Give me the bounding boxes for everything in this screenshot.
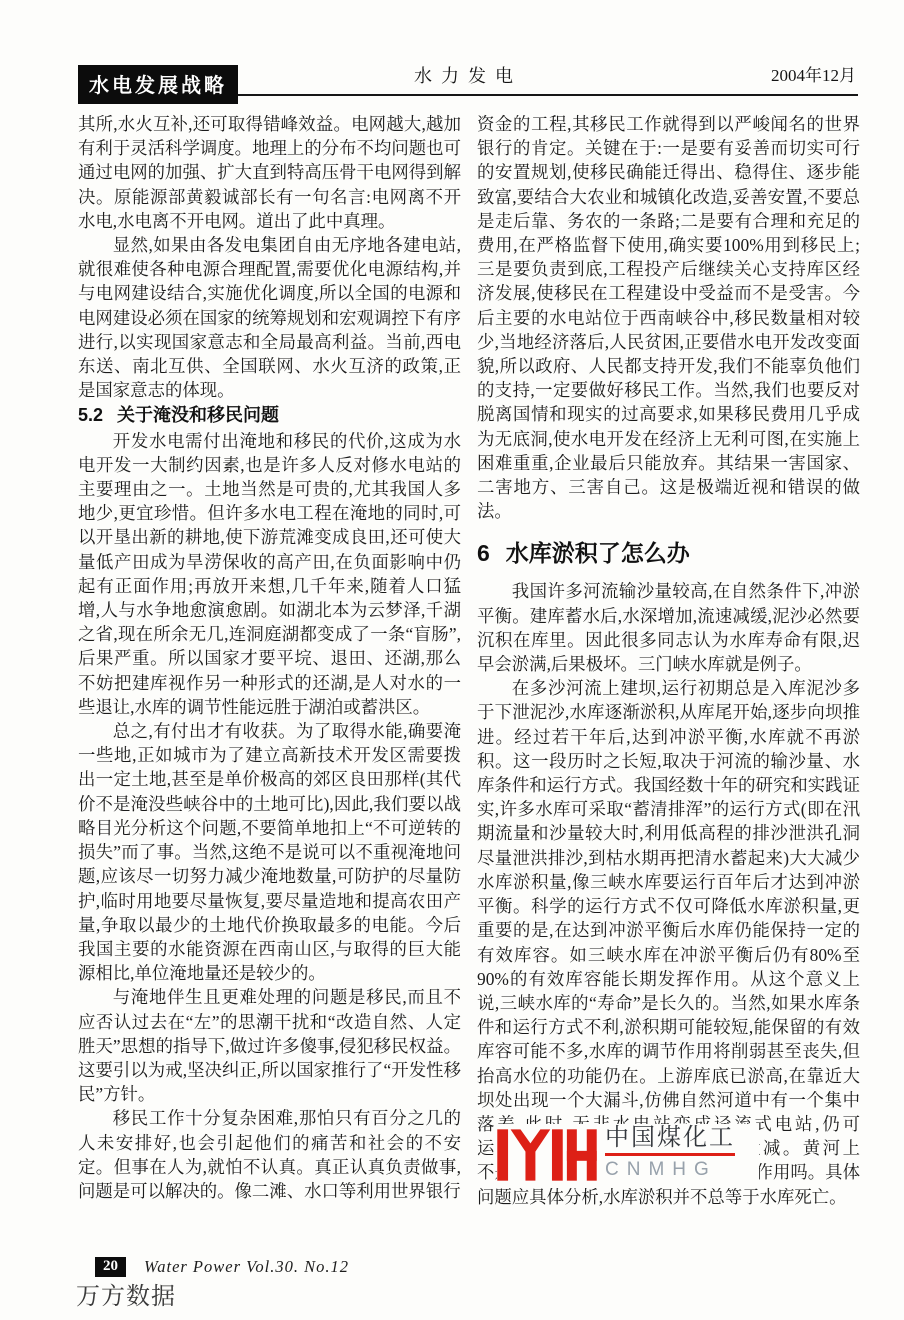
section-number: 6 xyxy=(477,540,490,566)
paragraph: 总之,有付出才有收获。为了取得水能,确要淹一些地,正如城市为了建立高新技术开发区… xyxy=(78,719,461,985)
paragraph: 显然,如果由各发电集团自由无序地各建电站,就很难使各种电源合理配置,需要优化电源… xyxy=(78,233,461,402)
journal-citation: Water Power Vol.30. No.12 xyxy=(144,1257,349,1276)
left-column: 其所,水火互补,还可取得错峰效益。电网越大,越加有利于灵活科学调度。地理上的分布… xyxy=(78,112,461,1209)
watermark-abbr: CNMHG xyxy=(605,1158,735,1182)
section-number: 5.2 xyxy=(78,405,103,425)
article-body: 其所,水火互补,还可取得错峰效益。电网越大,越加有利于灵活科学调度。地理上的分布… xyxy=(78,112,860,1209)
section-heading-6: 6水库淤积了怎么办 xyxy=(477,538,860,568)
right-column: 资金的工程,其移民工作就得到以严峻闻名的世界银行的肯定。关键在于:一是要有妥善而… xyxy=(477,112,860,1209)
issue-date: 2004年12月 xyxy=(771,61,856,86)
paragraph: 我国许多河流输沙量较高,在自然条件下,冲淤平衡。建库蓄水后,水深增加,流速减缓,… xyxy=(477,579,860,676)
page-header: 水电发展战略 水力发电 2004年12月 xyxy=(78,56,858,104)
china-coal-watermark: 中国煤化工 CNMHG xyxy=(497,1124,759,1188)
paragraph: 移民工作十分复杂困难,那怕只有百分之几的人未安排好,也会引起他们的痛苦和社会的不… xyxy=(78,1106,461,1203)
section-heading-5-2: 5.2关于淹没和移民问题 xyxy=(78,403,461,427)
wanfang-watermark: 万方数据 xyxy=(76,1276,176,1311)
page-number-badge: 20 xyxy=(95,1257,126,1277)
paragraph: 资金的工程,其移民工作就得到以严峻闻名的世界银行的肯定。关键在于:一是要有妥善而… xyxy=(477,112,860,523)
paragraph: 其所,水火互补,还可取得错峰效益。电网越大,越加有利于灵活科学调度。地理上的分布… xyxy=(78,112,461,233)
china-coal-logo-icon xyxy=(497,1126,597,1184)
section-title: 水库淤积了怎么办 xyxy=(506,540,690,566)
column-label-badge: 水电发展战略 xyxy=(78,65,238,104)
scanned-journal-page: 水电发展战略 水力发电 2004年12月 其所,水火互补,还可取得错峰效益。电网… xyxy=(0,0,904,1320)
journal-title: 水力发电 xyxy=(414,62,522,88)
watermark-brand: 中国煤化工 xyxy=(605,1124,735,1156)
section-title: 关于淹没和移民问题 xyxy=(117,405,279,425)
paragraph: 开发水电需付出淹地和移民的代价,这成为水电开发一大制约因素,也是许多人反对修水电… xyxy=(78,429,461,719)
watermark-text: 中国煤化工 CNMHG xyxy=(605,1124,735,1182)
paragraph: 与淹地伴生且更难处理的问题是移民,而且不应否认过去在“左”的思潮干扰和“改造自然… xyxy=(78,985,461,1106)
